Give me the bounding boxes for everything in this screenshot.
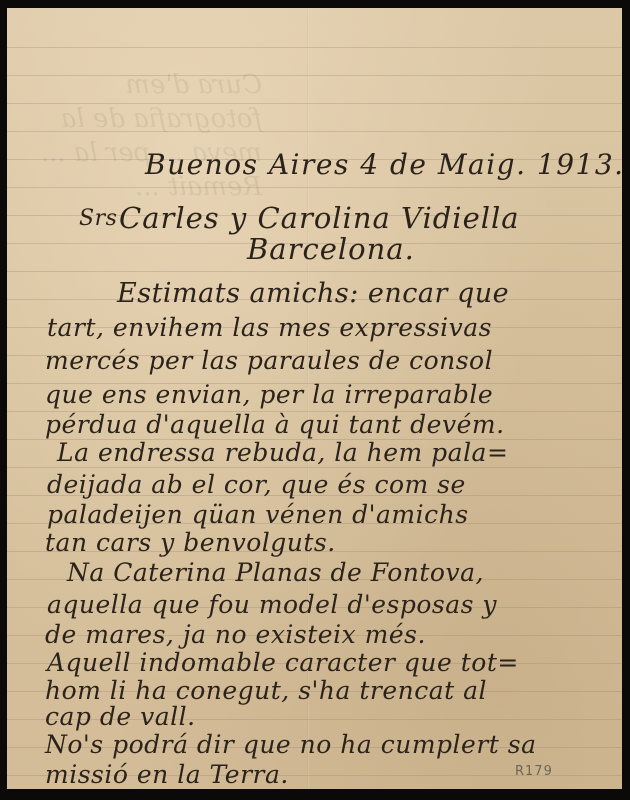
body-line: Na Caterina Planas de Fontova,: [67, 558, 484, 587]
letter-page: Cura d'em fotografia de la meva ... per …: [7, 8, 622, 789]
addressee-names: Carles y Carolina Vidiella: [119, 201, 520, 235]
body-line: No's podrá dir que no ha cumplert sa: [45, 730, 537, 759]
addressee-honorific: Srs: [79, 206, 117, 231]
body-line: missió en la Terra.: [45, 760, 289, 789]
body-line: tart, envihem las mes expressivas: [47, 313, 492, 342]
addressee-city: Barcelona.: [247, 232, 415, 266]
body-line: pérdua d'aquella à qui tant devém.: [45, 410, 505, 439]
body-line: paladeijen qüan vénen d'amichs: [47, 500, 469, 529]
body-line: Aquell indomable caracter que tot=: [47, 648, 519, 677]
body-line: de mares, ja no existeix més.: [45, 620, 426, 649]
body-line: tan cars y benvolguts.: [45, 528, 336, 557]
body-line: La endressa rebuda, la hem pala=: [57, 438, 508, 467]
archive-reference-mark: R179: [515, 764, 553, 779]
body-line: Estimats amichs: encar que: [117, 278, 509, 309]
body-line: aquella que fou model d'esposas y: [47, 590, 497, 619]
body-line: mercés per las paraules de consol: [45, 346, 493, 375]
body-line: deijada ab el cor, que és com se: [47, 470, 466, 499]
place-date-line: Buenos Aires 4 de Maig. 1913.: [145, 148, 622, 181]
body-line: que ens envian, per la irreparable: [45, 380, 493, 409]
body-line: hom li ha conegut, s'ha trencat al: [45, 676, 487, 705]
body-line: cap de vall.: [45, 702, 196, 731]
